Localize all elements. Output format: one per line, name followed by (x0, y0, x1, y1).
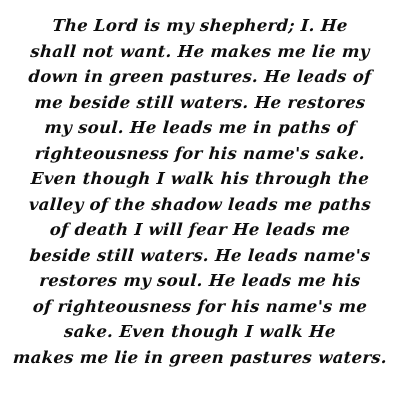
script-line: of death I will fear He leads me (0, 217, 400, 243)
psalm-text-block: The Lord is my shepherd; I. He shall not… (0, 13, 400, 370)
script-line: valley of the shadow leads me paths (0, 192, 400, 218)
script-line: me beside still waters. He restores (0, 90, 400, 116)
script-line: restores my soul. He leads me his (0, 268, 400, 294)
script-line: sake. Even though I walk He (0, 319, 400, 345)
script-line: righteousness for his name's sake. (0, 141, 400, 167)
script-line: The Lord is my shepherd; I. He (0, 13, 400, 39)
script-line: down in green pastures. He leads of (0, 64, 400, 90)
script-line: my soul. He leads me in paths of (0, 115, 400, 141)
script-line: beside still waters. He leads name's (0, 243, 400, 269)
script-page: The Lord is my shepherd; I. He shall not… (0, 0, 400, 400)
script-line: Even though I walk his through the (0, 166, 400, 192)
script-line: shall not want. He makes me lie my (0, 39, 400, 65)
script-line: of righteousness for his name's me (0, 294, 400, 320)
script-line: makes me lie in green pastures waters. (0, 345, 400, 371)
